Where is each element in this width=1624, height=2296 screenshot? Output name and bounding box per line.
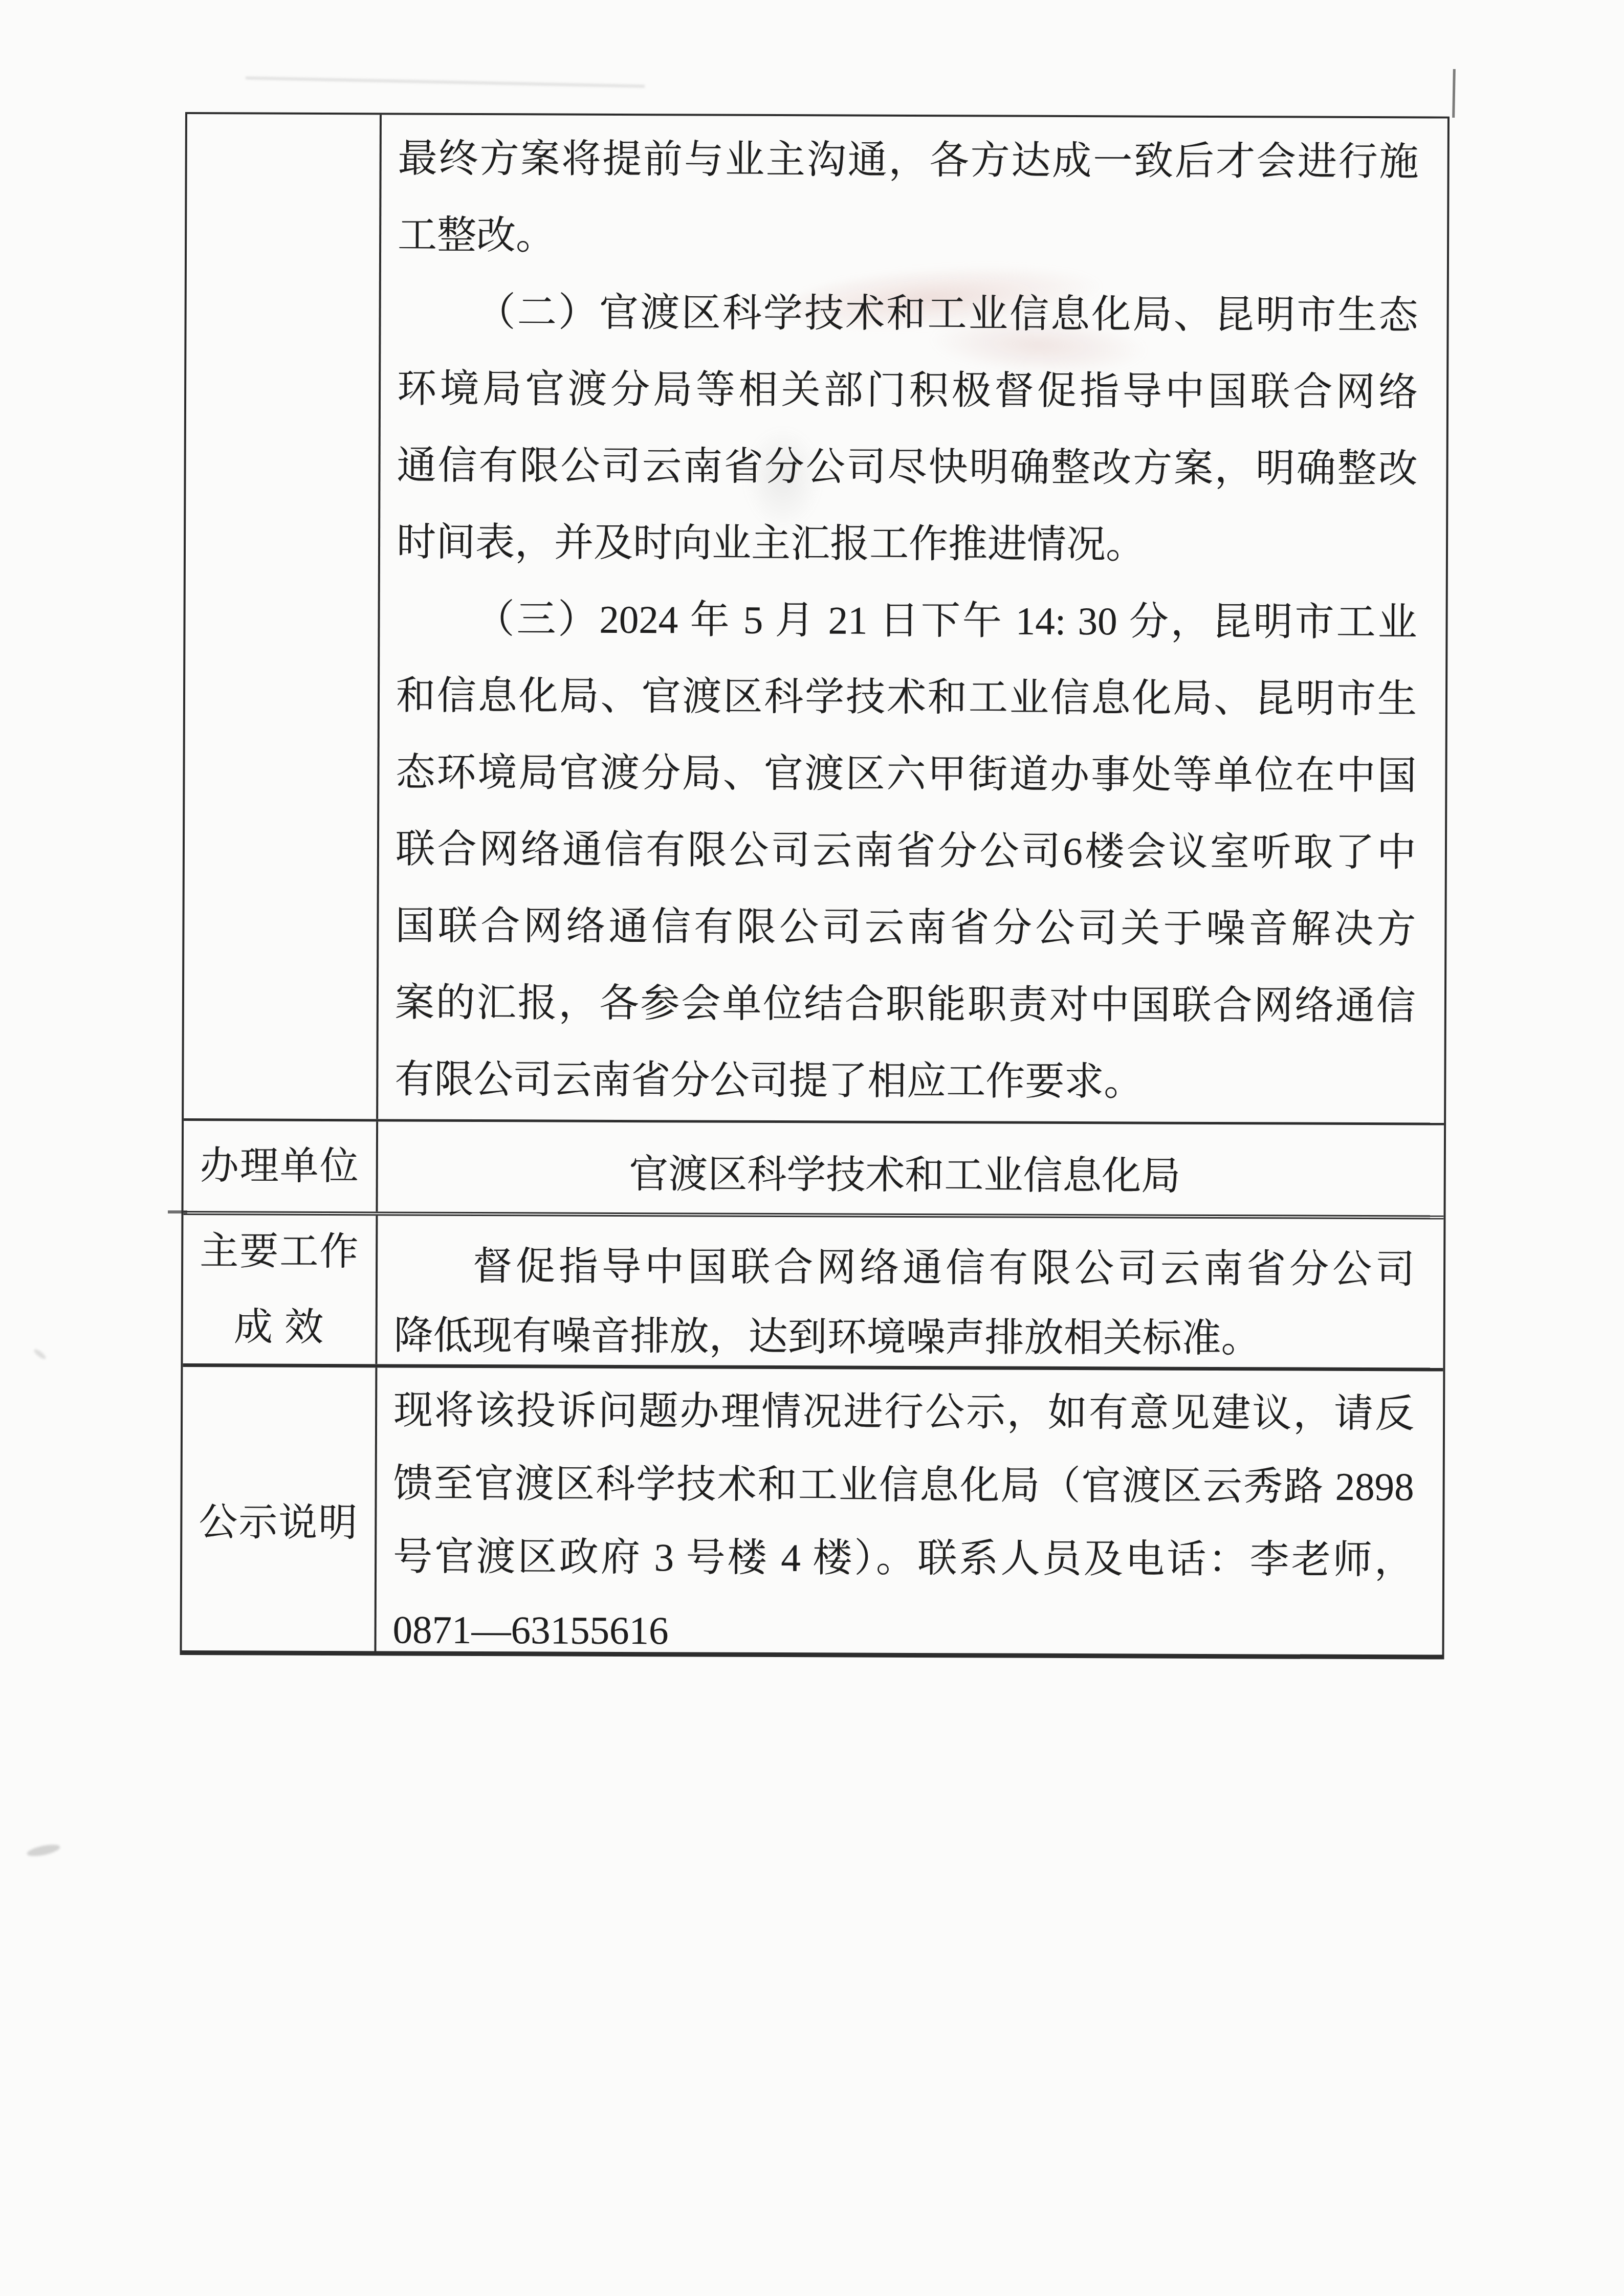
handling-unit-cell: 官渡区科学技术和工业信息化局 (378, 1121, 1444, 1215)
document-page: 最终方案将提前与业主沟通，各方达成一致后才会进行施 工整改。 （二）官渡区科学技… (0, 0, 1624, 2296)
table-row-handling-unit: 办理单位 官渡区科学技术和工业信息化局 (184, 1118, 1444, 1216)
row-label-text: 成 效 (234, 1289, 325, 1364)
row-label-empty (184, 114, 382, 1119)
text-line: 有限公司云南省分公司提了相应工作要求。 (394, 1041, 1416, 1121)
table-row-continuation: 最终方案将提前与业主沟通，各方达成一致后才会进行施 工整改。 （二）官渡区科学技… (184, 114, 1447, 1123)
row-label-text: 主要工作 (200, 1215, 360, 1290)
row-label-public-notice-note: 公示说明 (182, 1367, 378, 1651)
text-line: 馈至官渡区科学技术和工业信息化局（官渡区云秀路 2898 (393, 1447, 1414, 1524)
scan-border-overrun (1452, 69, 1456, 118)
text-line: 0871—63155616 (392, 1593, 1413, 1655)
table-row-main-work-results: 主要工作 成 效 督促指导中国联合网络通信有限公司云南省分公司 降低现有噪音排放… (183, 1211, 1443, 1368)
scan-speck (26, 1842, 61, 1858)
text-line: （二）官渡区科学技术和工业信息化局、昆明市生态 (397, 273, 1418, 354)
text-line: 和信息化局、官渡区科学技术和工业信息化局、昆明市生 (396, 657, 1417, 737)
scan-speck (33, 1348, 47, 1360)
text-line: 工整改。 (398, 196, 1419, 277)
text-line: 联合网络通信有限公司云南省分公司6楼会议室听取了中 (396, 810, 1417, 891)
text-line: 最终方案将提前与业主沟通，各方达成一致后才会进行施 (398, 120, 1419, 200)
row-label-text: 公示说明 (199, 1485, 359, 1561)
row-label-text: 办理单位 (200, 1128, 360, 1204)
row-label-handling-unit: 办理单位 (184, 1121, 379, 1211)
text-line: 时间表，并及时向业主汇报工作推进情况。 (397, 503, 1418, 584)
text-line: 现将该投诉问题办理情况进行公示，如有意见建议，请反 (393, 1374, 1414, 1450)
public-notice-note-cell: 现将该投诉问题办理情况进行公示，如有意见建议，请反 馈至官渡区科学技术和工业信息… (376, 1367, 1443, 1655)
text-line: 督促指导中国联合网络通信有限公司云南省分公司 (394, 1231, 1415, 1304)
text-line: 号官渡区政府 3 号楼 4 楼）。联系人员及电话：李老师， (393, 1520, 1414, 1597)
table-row-public-notice-note: 公示说明 现将该投诉问题办理情况进行公示，如有意见建议，请反 馈至官渡区科学技术… (182, 1363, 1443, 1655)
row-label-main-work-results: 主要工作 成 效 (183, 1215, 378, 1364)
text-line: 降低现有噪音排放，达到环境噪声排放相关标准。 (393, 1300, 1414, 1367)
text-line: 案的汇报，各参会单位结合职能职责对中国联合网络通信 (395, 964, 1416, 1044)
text-line: 国联合网络通信有限公司云南省分公司关于噪音解决方 (395, 887, 1416, 967)
text-line: 态环境局官渡分局、官渡区六甲街道办事处等单位在中国 (396, 734, 1417, 814)
public-notice-table: 最终方案将提前与业主沟通，各方达成一致后才会进行施 工整改。 （二）官渡区科学技… (180, 112, 1450, 1660)
text-line: （三）2024 年 5 月 21 日下午 14: 30 分，昆明市工业 (396, 580, 1417, 660)
text-line: 环境局官渡分局等相关部门积极督促指导中国联合网络 (397, 350, 1418, 430)
main-work-results-cell: 督促指导中国联合网络通信有限公司云南省分公司 降低现有噪音排放，达到环境噪声排放… (377, 1216, 1443, 1367)
text-line: 官渡区科学技术和工业信息化局 (394, 1135, 1415, 1215)
text-line: 通信有限公司云南省分公司尽快明确整改方案，明确整改 (397, 427, 1418, 507)
continuation-text-cell: 最终方案将提前与业主沟通，各方达成一致后才会进行施 工整改。 （二）官渡区科学技… (378, 115, 1447, 1122)
scan-streak-artifact (246, 77, 645, 87)
